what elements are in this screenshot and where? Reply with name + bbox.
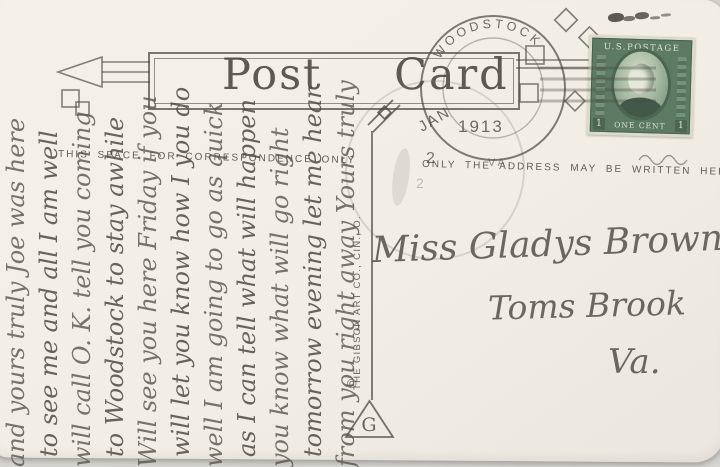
frame-left-arrow-ornament bbox=[52, 48, 152, 120]
postmark-state: VA. bbox=[488, 157, 514, 169]
gibson-logo-letter: G bbox=[361, 414, 376, 436]
postmark-day: 2 bbox=[426, 150, 435, 167]
address-line-3: Va. bbox=[608, 342, 661, 382]
address-line-2: Toms Brook bbox=[488, 283, 687, 327]
postmark-faint-day: 2 bbox=[416, 175, 424, 191]
postmark-year: 1913 bbox=[458, 117, 504, 136]
cancel-killer-bars bbox=[538, 68, 656, 101]
woodstock-postmark: WOODSTOCK JAN 2 1913 VA. 2 bbox=[388, 10, 688, 210]
postcard-photo: Post Card THIS SPACE FOR CORRESPONDENCE … bbox=[0, 0, 720, 467]
